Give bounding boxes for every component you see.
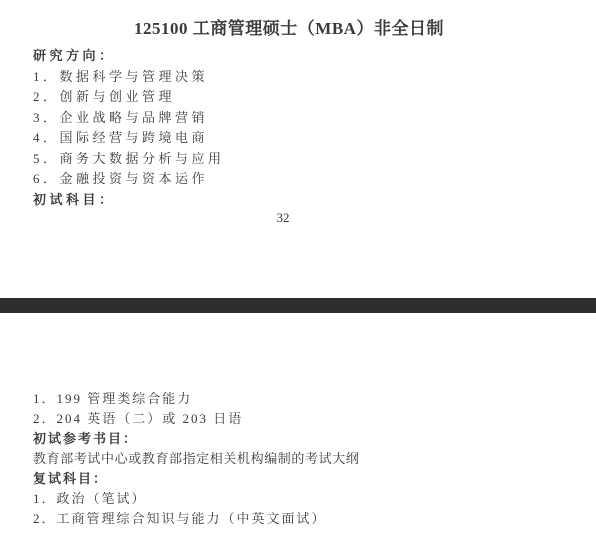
- page-number: 32: [0, 210, 566, 226]
- page-break-divider: [0, 298, 596, 313]
- reference-books-content: 教育部考试中心或教育部指定相关机构编制的考试大纲: [33, 449, 359, 469]
- initial-exam-heading: 初试科目：: [33, 190, 225, 211]
- list-item: 2．工商管理综合知识与能力（中英文面试）: [33, 509, 359, 529]
- retest-heading: 复试科目：: [33, 469, 359, 489]
- research-directions-heading: 研究方向：: [33, 46, 225, 67]
- next-page-content: 1．199 管理类综合能力 2．204 英语（二）或 203 日语 初试参考书目…: [33, 389, 359, 529]
- list-item: 1．199 管理类综合能力: [33, 389, 359, 409]
- list-item: 2．204 英语（二）或 203 日语: [33, 409, 359, 429]
- list-item: 1．数据科学与管理决策: [33, 67, 225, 88]
- page-title: 125100 工商管理硕士（MBA）非全日制: [0, 14, 578, 39]
- reference-books-heading: 初试参考书目：: [33, 429, 359, 449]
- list-item: 3．企业战略与品牌营销: [33, 108, 225, 129]
- document-page: 125100 工商管理硕士（MBA）非全日制 研究方向： 1．数据科学与管理决策…: [0, 0, 596, 545]
- list-item: 4．国际经营与跨境电商: [33, 128, 225, 149]
- list-item: 1．政治（笔试）: [33, 489, 359, 509]
- list-item: 6．金融投资与资本运作: [33, 169, 225, 190]
- list-item: 2．创新与创业管理: [33, 87, 225, 108]
- list-item: 5．商务大数据分析与应用: [33, 149, 225, 170]
- research-directions-section: 研究方向： 1．数据科学与管理决策 2．创新与创业管理 3．企业战略与品牌营销 …: [33, 46, 225, 210]
